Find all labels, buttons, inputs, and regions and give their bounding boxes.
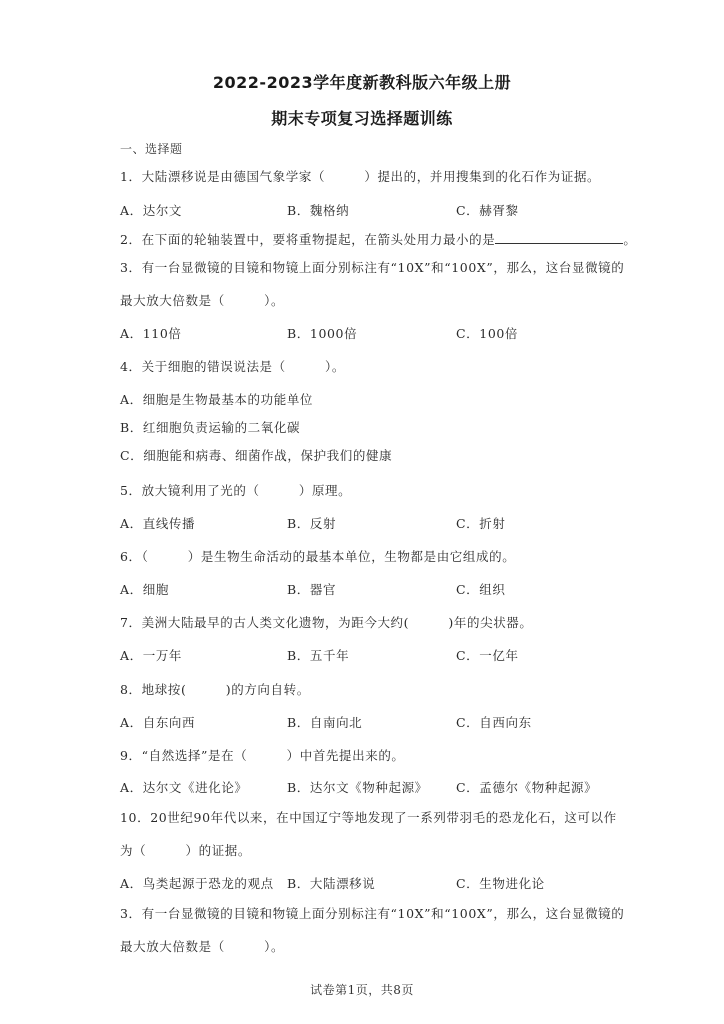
question-1-option-c: C．赫胥黎 xyxy=(456,201,519,219)
question-7-option-c: C．一亿年 xyxy=(456,646,519,664)
section-heading: 一、选择题 xyxy=(120,140,183,157)
question-10-option-b: B．大陆漂移说 xyxy=(287,874,375,892)
question-1-text: 1．大陆漂移说是由德国气象学家（ ）提出的，并用搜集到的化石作为证据。 xyxy=(120,167,600,185)
question-9-option-b: B．达尔文《物种起源》 xyxy=(287,778,428,796)
question-8-option-c: C．自西向东 xyxy=(456,713,532,731)
question-6-text: 6．（ ）是生物生命活动的最基本单位，生物都是由它组成的。 xyxy=(120,547,515,565)
question-2-end: 。 xyxy=(623,232,636,247)
question-3-option-a: A．110倍 xyxy=(120,324,182,342)
question-4-option-a: A．细胞是生物最基本的功能单位 xyxy=(120,390,313,408)
question-4-text: 4．关于细胞的错误说法是（ ）。 xyxy=(120,357,345,375)
question-4-option-c: C．细胞能和病毒、细菌作战，保护我们的健康 xyxy=(120,446,392,464)
exam-page: 2022-2023学年度新教科版六年级上册 期末专项复习选择题训练 一、选择题 … xyxy=(0,0,724,1024)
question-1-option-a: A．达尔文 xyxy=(120,201,182,219)
answer-blank xyxy=(495,233,623,244)
question-10-option-a: A．鸟类起源于恐龙的观点 xyxy=(120,874,274,892)
question-2-prompt: 2．在下面的轮轴装置中，要将重物提起，在箭头处用力最小的是 xyxy=(120,232,495,247)
question-9-option-a: A．达尔文《进化论》 xyxy=(120,778,248,796)
question-5-option-a: A．直线传播 xyxy=(120,514,195,532)
question-4-option-b: B．红细胞负责运输的二氧化碳 xyxy=(120,418,300,436)
question-9-text: 9．“自然选择”是在（ ）中首先提出来的。 xyxy=(120,746,405,764)
page-subtitle: 期末专项复习选择题训练 xyxy=(0,106,724,129)
question-2-text: 2．在下面的轮轴装置中，要将重物提起，在箭头处用力最小的是。 xyxy=(120,230,636,248)
question-8-option-b: B．自南向北 xyxy=(287,713,362,731)
question-5-text: 5．放大镜利用了光的（ ）原理。 xyxy=(120,481,351,499)
question-1-option-b: B．魏格纳 xyxy=(287,201,349,219)
question-6-option-a: A．细胞 xyxy=(120,580,169,598)
question-8-text: 8．地球按( )的方向自转。 xyxy=(120,680,310,698)
question-10-text-line1: 10．20世纪90年代以来，在中国辽宁等地发现了一系列带羽毛的恐龙化石，这可以作 xyxy=(120,808,617,826)
question-10-option-c: C．生物进化论 xyxy=(456,874,545,892)
question-6-option-c: C．组织 xyxy=(456,580,505,598)
question-3-option-c: C．100倍 xyxy=(456,324,518,342)
question-8-option-a: A．自东向西 xyxy=(120,713,195,731)
question-3-repeat-text-line1: 3．有一台显微镜的目镜和物镜上面分别标注有“10X”和“100X”，那么，这台显… xyxy=(120,904,624,922)
question-7-option-b: B．五千年 xyxy=(287,646,349,664)
page-title: 2022-2023学年度新教科版六年级上册 xyxy=(0,70,724,93)
question-5-option-b: B．反射 xyxy=(287,514,336,532)
question-10-text-line2: 为（ ）的证据。 xyxy=(120,841,251,859)
question-3-text-line1: 3．有一台显微镜的目镜和物镜上面分别标注有“10X”和“100X”，那么，这台显… xyxy=(120,258,624,276)
question-5-option-c: C．折射 xyxy=(456,514,505,532)
question-9-option-c: C．孟德尔《物种起源》 xyxy=(456,778,597,796)
question-3-option-b: B．1000倍 xyxy=(287,324,357,342)
question-6-option-b: B．器官 xyxy=(287,580,336,598)
question-7-option-a: A．一万年 xyxy=(120,646,182,664)
page-footer: 试卷第1页，共8页 xyxy=(0,981,724,998)
question-3-text-line2: 最大放大倍数是（ ）。 xyxy=(120,291,284,309)
question-7-text: 7．美洲大陆最早的古人类文化遗物，为距今大约( )年的尖状器。 xyxy=(120,613,533,631)
question-3-repeat-text-line2: 最大放大倍数是（ ）。 xyxy=(120,937,284,955)
